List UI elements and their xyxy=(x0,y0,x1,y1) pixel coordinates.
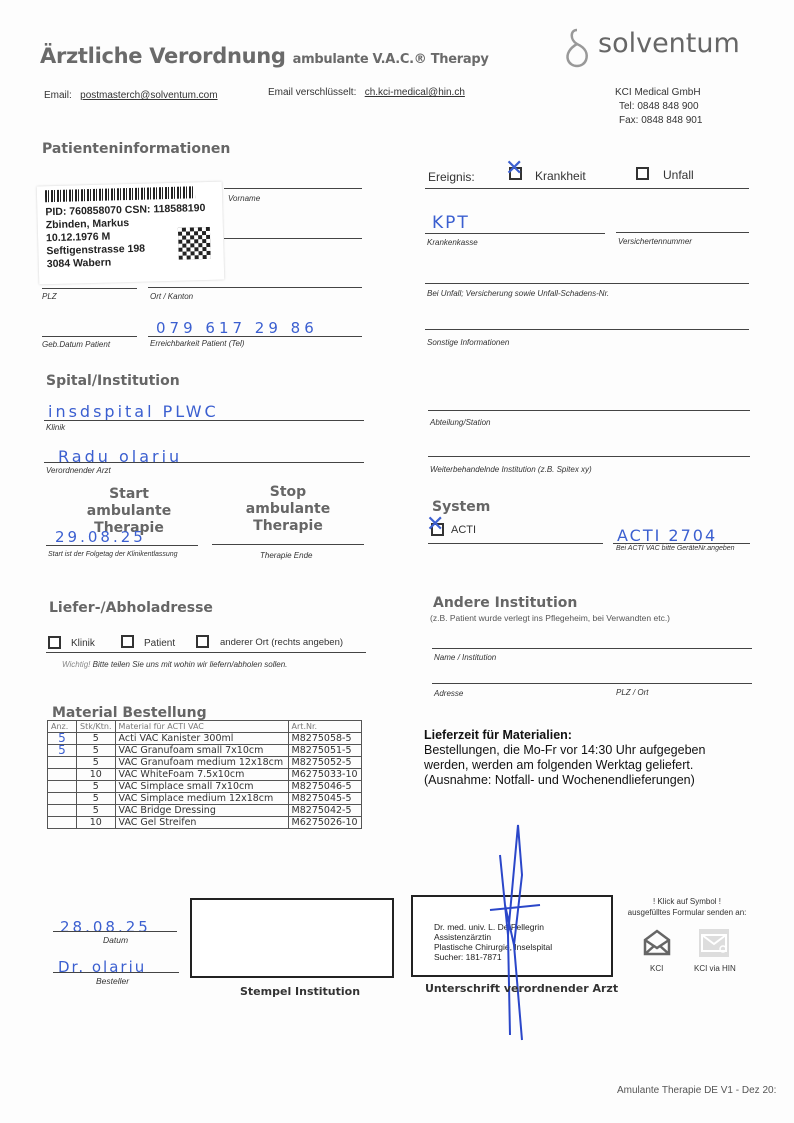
cell-art: M6275026-10 xyxy=(288,817,361,829)
checkbox-klinik[interactable] xyxy=(48,636,61,649)
checkbox-anderer-ort[interactable] xyxy=(196,635,209,648)
form-title: Ärztliche Verordnung ambulante V.A.C.® T… xyxy=(40,44,489,68)
label-datum: Datum xyxy=(103,935,128,945)
cell-art: M8275051-5 xyxy=(288,745,361,757)
email-encrypted-label: Email verschlüsselt: xyxy=(268,87,356,98)
check-mark-icon: ✕ xyxy=(505,158,523,180)
label-besteller: Besteller xyxy=(96,976,129,986)
delivery-time-info: Lieferzeit für Materialien: Bestellungen… xyxy=(424,728,705,788)
solventum-logo-icon xyxy=(562,26,592,70)
table-row: 10VAC Gel StreifenM6275026-10 xyxy=(48,817,362,829)
company-fax: Fax: 0848 848 901 xyxy=(615,114,702,128)
material-section-title: Material Bestellung xyxy=(52,705,207,721)
institution-section-title: Spital/Institution xyxy=(46,373,180,389)
cell-anz[interactable] xyxy=(48,757,77,769)
material-table: Anz. Stk/Ktn. Material für ACTI VAC Art.… xyxy=(47,720,362,829)
cell-name: VAC Granufoam medium 12x18cm xyxy=(115,757,288,769)
datamatrix-icon xyxy=(178,227,211,260)
option-klinik-label: Klinik xyxy=(71,638,95,649)
cell-name: VAC Gel Streifen xyxy=(115,817,288,829)
table-row: 5VAC Simplace small 7x10cmM8275046-5 xyxy=(48,781,362,793)
stop-therapy-title: Stop ambulante Therapie xyxy=(214,484,362,535)
label-weiterbehandelnde: Weiterbehandelnde Institution (z.B. Spit… xyxy=(430,465,592,474)
note-prefix: Wichtig! xyxy=(62,660,90,669)
label-plz-ort: PLZ / Ort xyxy=(616,688,648,697)
cell-name: VAC Bridge Dressing xyxy=(115,805,288,817)
delivery-time-line1: Bestellungen, die Mo-Fr vor 14:30 Uhr au… xyxy=(424,743,705,758)
company-contact: KCI Medical GmbH Tel: 0848 848 900 Fax: … xyxy=(615,86,702,128)
send-kci-button[interactable] xyxy=(642,928,672,956)
cell-name: VAC Simplace small 7x10cm xyxy=(115,781,288,793)
label-tel: Erreichbarkeit Patient (Tel) xyxy=(150,339,244,348)
cell-stk: 10 xyxy=(77,769,116,781)
cell-anz[interactable]: 5 xyxy=(48,745,77,757)
delivery-time-line2: werden, werden am folgenden Werktag geli… xyxy=(424,758,705,773)
table-row: 55VAC Granufoam small 7x10cmM8275051-5 xyxy=(48,745,362,757)
form-subtitle: ambulante V.A.C.® Therapy xyxy=(293,52,489,67)
send-kci-label: KCI xyxy=(650,964,663,973)
col-artnr: Art.Nr. xyxy=(288,721,361,733)
table-row: 5VAC Bridge DressingM8275042-5 xyxy=(48,805,362,817)
field-verordnender-arzt[interactable]: Radu olariu xyxy=(58,447,182,466)
col-stk: Stk/Ktn. xyxy=(77,721,116,733)
cell-name: Acti VAC Kanister 300ml xyxy=(115,733,288,745)
brand-name: solventum xyxy=(598,28,740,59)
field-klinik[interactable]: insdspital PLWC xyxy=(48,402,219,421)
delivery-note: Wichtig! Bitte teilen Sie uns mit wohin … xyxy=(62,660,287,669)
cell-art: M8275046-5 xyxy=(288,781,361,793)
cell-name: VAC Granufoam small 7x10cm xyxy=(115,745,288,757)
cell-anz[interactable] xyxy=(48,781,77,793)
field-krankenkasse[interactable]: KPT xyxy=(432,213,470,233)
cell-art: M8275052-5 xyxy=(288,757,361,769)
envelope-open-icon xyxy=(642,928,672,956)
patient-section-title: Patienteninformationen xyxy=(42,141,230,157)
cell-art: M6275033-10 xyxy=(288,769,361,781)
company-name: KCI Medical GmbH xyxy=(615,86,702,100)
field-besteller[interactable]: Dr. olariu xyxy=(58,958,146,976)
cell-stk: 5 xyxy=(77,757,116,769)
delivery-section-title: Liefer-/Abholadresse xyxy=(49,600,213,616)
check-mark-icon: ✕ xyxy=(426,514,444,536)
label-sonstige-info: Sonstige Informationen xyxy=(427,338,509,347)
cell-stk: 5 xyxy=(77,745,116,757)
cell-stk: 5 xyxy=(77,733,116,745)
cell-stk: 5 xyxy=(77,793,116,805)
label-plz: PLZ xyxy=(42,292,57,301)
label-klinik: Klinik xyxy=(46,423,65,432)
barcode-icon xyxy=(45,186,195,202)
cell-anz[interactable] xyxy=(48,793,77,805)
label-adresse: Adresse xyxy=(434,689,463,698)
title-text: Ärztliche Verordnung xyxy=(40,44,286,68)
send-hint-1: ! Klick auf Symbol ! xyxy=(622,896,752,907)
other-institution-title: Andere Institution xyxy=(433,595,577,611)
label-geb-datum: Geb.Datum Patient xyxy=(42,340,110,349)
cell-stk: 5 xyxy=(77,781,116,793)
delivery-time-line3: (Ausnahme: Notfall- und Wochenendlieferu… xyxy=(424,773,705,788)
email-link[interactable]: postmasterch@solventum.com xyxy=(80,90,217,101)
stop-title-1: Stop xyxy=(214,484,362,501)
cell-art: M8275058-5 xyxy=(288,733,361,745)
cell-anz[interactable] xyxy=(48,769,77,781)
cell-anz[interactable] xyxy=(48,817,77,829)
start-note: Start ist der Folgetag der Klinikentlass… xyxy=(48,551,178,558)
send-hin-button[interactable] xyxy=(699,929,729,957)
label-therapie-ende: Therapie Ende xyxy=(260,551,312,560)
send-hint-2: ausgefülltes Formular senden an: xyxy=(622,907,752,918)
delivery-time-title: Lieferzeit für Materialien: xyxy=(424,728,705,743)
cell-art: M8275045-5 xyxy=(288,793,361,805)
label-device-number: Bei ACTI VAC bitte GeräteNr.angeben xyxy=(616,545,735,552)
label-ort: Ort / Kanton xyxy=(150,292,193,301)
start-title-1: Start xyxy=(50,486,208,503)
label-verordnender-arzt: Verordnender Arzt xyxy=(46,466,111,475)
field-patient-phone[interactable]: 079 617 29 86 xyxy=(156,319,318,337)
company-tel: Tel: 0848 848 900 xyxy=(615,100,702,114)
col-material: Material für ACTI VAC xyxy=(115,721,288,733)
table-row: 10VAC WhiteFoam 7.5x10cmM6275033-10 xyxy=(48,769,362,781)
cell-name: VAC WhiteFoam 7.5x10cm xyxy=(115,769,288,781)
cell-stk: 10 xyxy=(77,817,116,829)
material-table-header: Anz. Stk/Ktn. Material für ACTI VAC Art.… xyxy=(48,721,362,733)
form-version: Amulante Therapie DE V1 - Dez 20: xyxy=(617,1085,776,1096)
email-row: Email: postmasterch@solventum.com xyxy=(44,90,218,101)
stamp-institution-box[interactable] xyxy=(190,898,394,978)
checkbox-patient[interactable] xyxy=(121,635,134,648)
send-hint: ! Klick auf Symbol ! ausgefülltes Formul… xyxy=(622,896,752,918)
table-row: 5VAC Simplace medium 12x18cmM8275045-5 xyxy=(48,793,362,805)
field-order-date[interactable]: 28.08.25 xyxy=(60,918,151,936)
email-encrypted-link[interactable]: ch.kci-medical@hin.ch xyxy=(365,87,465,98)
envelope-key-icon xyxy=(699,929,729,957)
label-stempel-institution: Stempel Institution xyxy=(240,985,360,998)
ereignis-label: Ereignis: xyxy=(428,170,475,184)
table-row: 55Acti VAC Kanister 300mlM8275058-5 xyxy=(48,733,362,745)
checkbox-unfall[interactable] xyxy=(636,167,649,180)
label-abteilung: Abteilung/Station xyxy=(430,418,491,427)
cell-name: VAC Simplace medium 12x18cm xyxy=(115,793,288,805)
option-patient-label: Patient xyxy=(144,638,175,649)
label-vorname: Vorname xyxy=(228,194,260,203)
label-unterschrift: Unterschrift verordnender Arzt xyxy=(425,982,618,995)
label-name-institution: Name / Institution xyxy=(434,653,496,662)
email-encrypted-row: Email verschlüsselt: ch.kci-medical@hin.… xyxy=(268,87,465,98)
signature-scribble xyxy=(470,815,560,1045)
label-krankenkasse: Krankenkasse xyxy=(427,238,478,247)
cell-stk: 5 xyxy=(77,805,116,817)
send-hin-label: KCI via HIN xyxy=(694,964,736,973)
field-start-date[interactable]: 29.08.25 xyxy=(55,528,146,546)
label-versichertennummer: Versichertennummer xyxy=(618,237,692,246)
other-institution-subtitle: (z.B. Patient wurde verlegt ins Pflegehe… xyxy=(430,613,670,623)
email-label: Email: xyxy=(44,90,72,101)
option-unfall-label: Unfall xyxy=(663,168,694,182)
cell-art: M8275042-5 xyxy=(288,805,361,817)
cell-anz[interactable] xyxy=(48,805,77,817)
option-krankheit-label: Krankheit xyxy=(535,169,586,183)
option-acti-label: ACTI xyxy=(451,524,476,536)
patient-sticker: PID: 760858070 CSN: 118588190 Zbinden, M… xyxy=(37,182,225,285)
note-text: Bitte teilen Sie uns mit wohin wir liefe… xyxy=(93,660,288,669)
option-anderer-ort-label: anderer Ort (rechts angeben) xyxy=(220,637,343,648)
label-unfall-versicherung: Bei Unfall; Versicherung sowie Unfall-Sc… xyxy=(427,289,609,298)
table-row: 5VAC Granufoam medium 12x18cmM8275052-5 xyxy=(48,757,362,769)
stop-title-2: ambulante Therapie xyxy=(214,501,362,535)
